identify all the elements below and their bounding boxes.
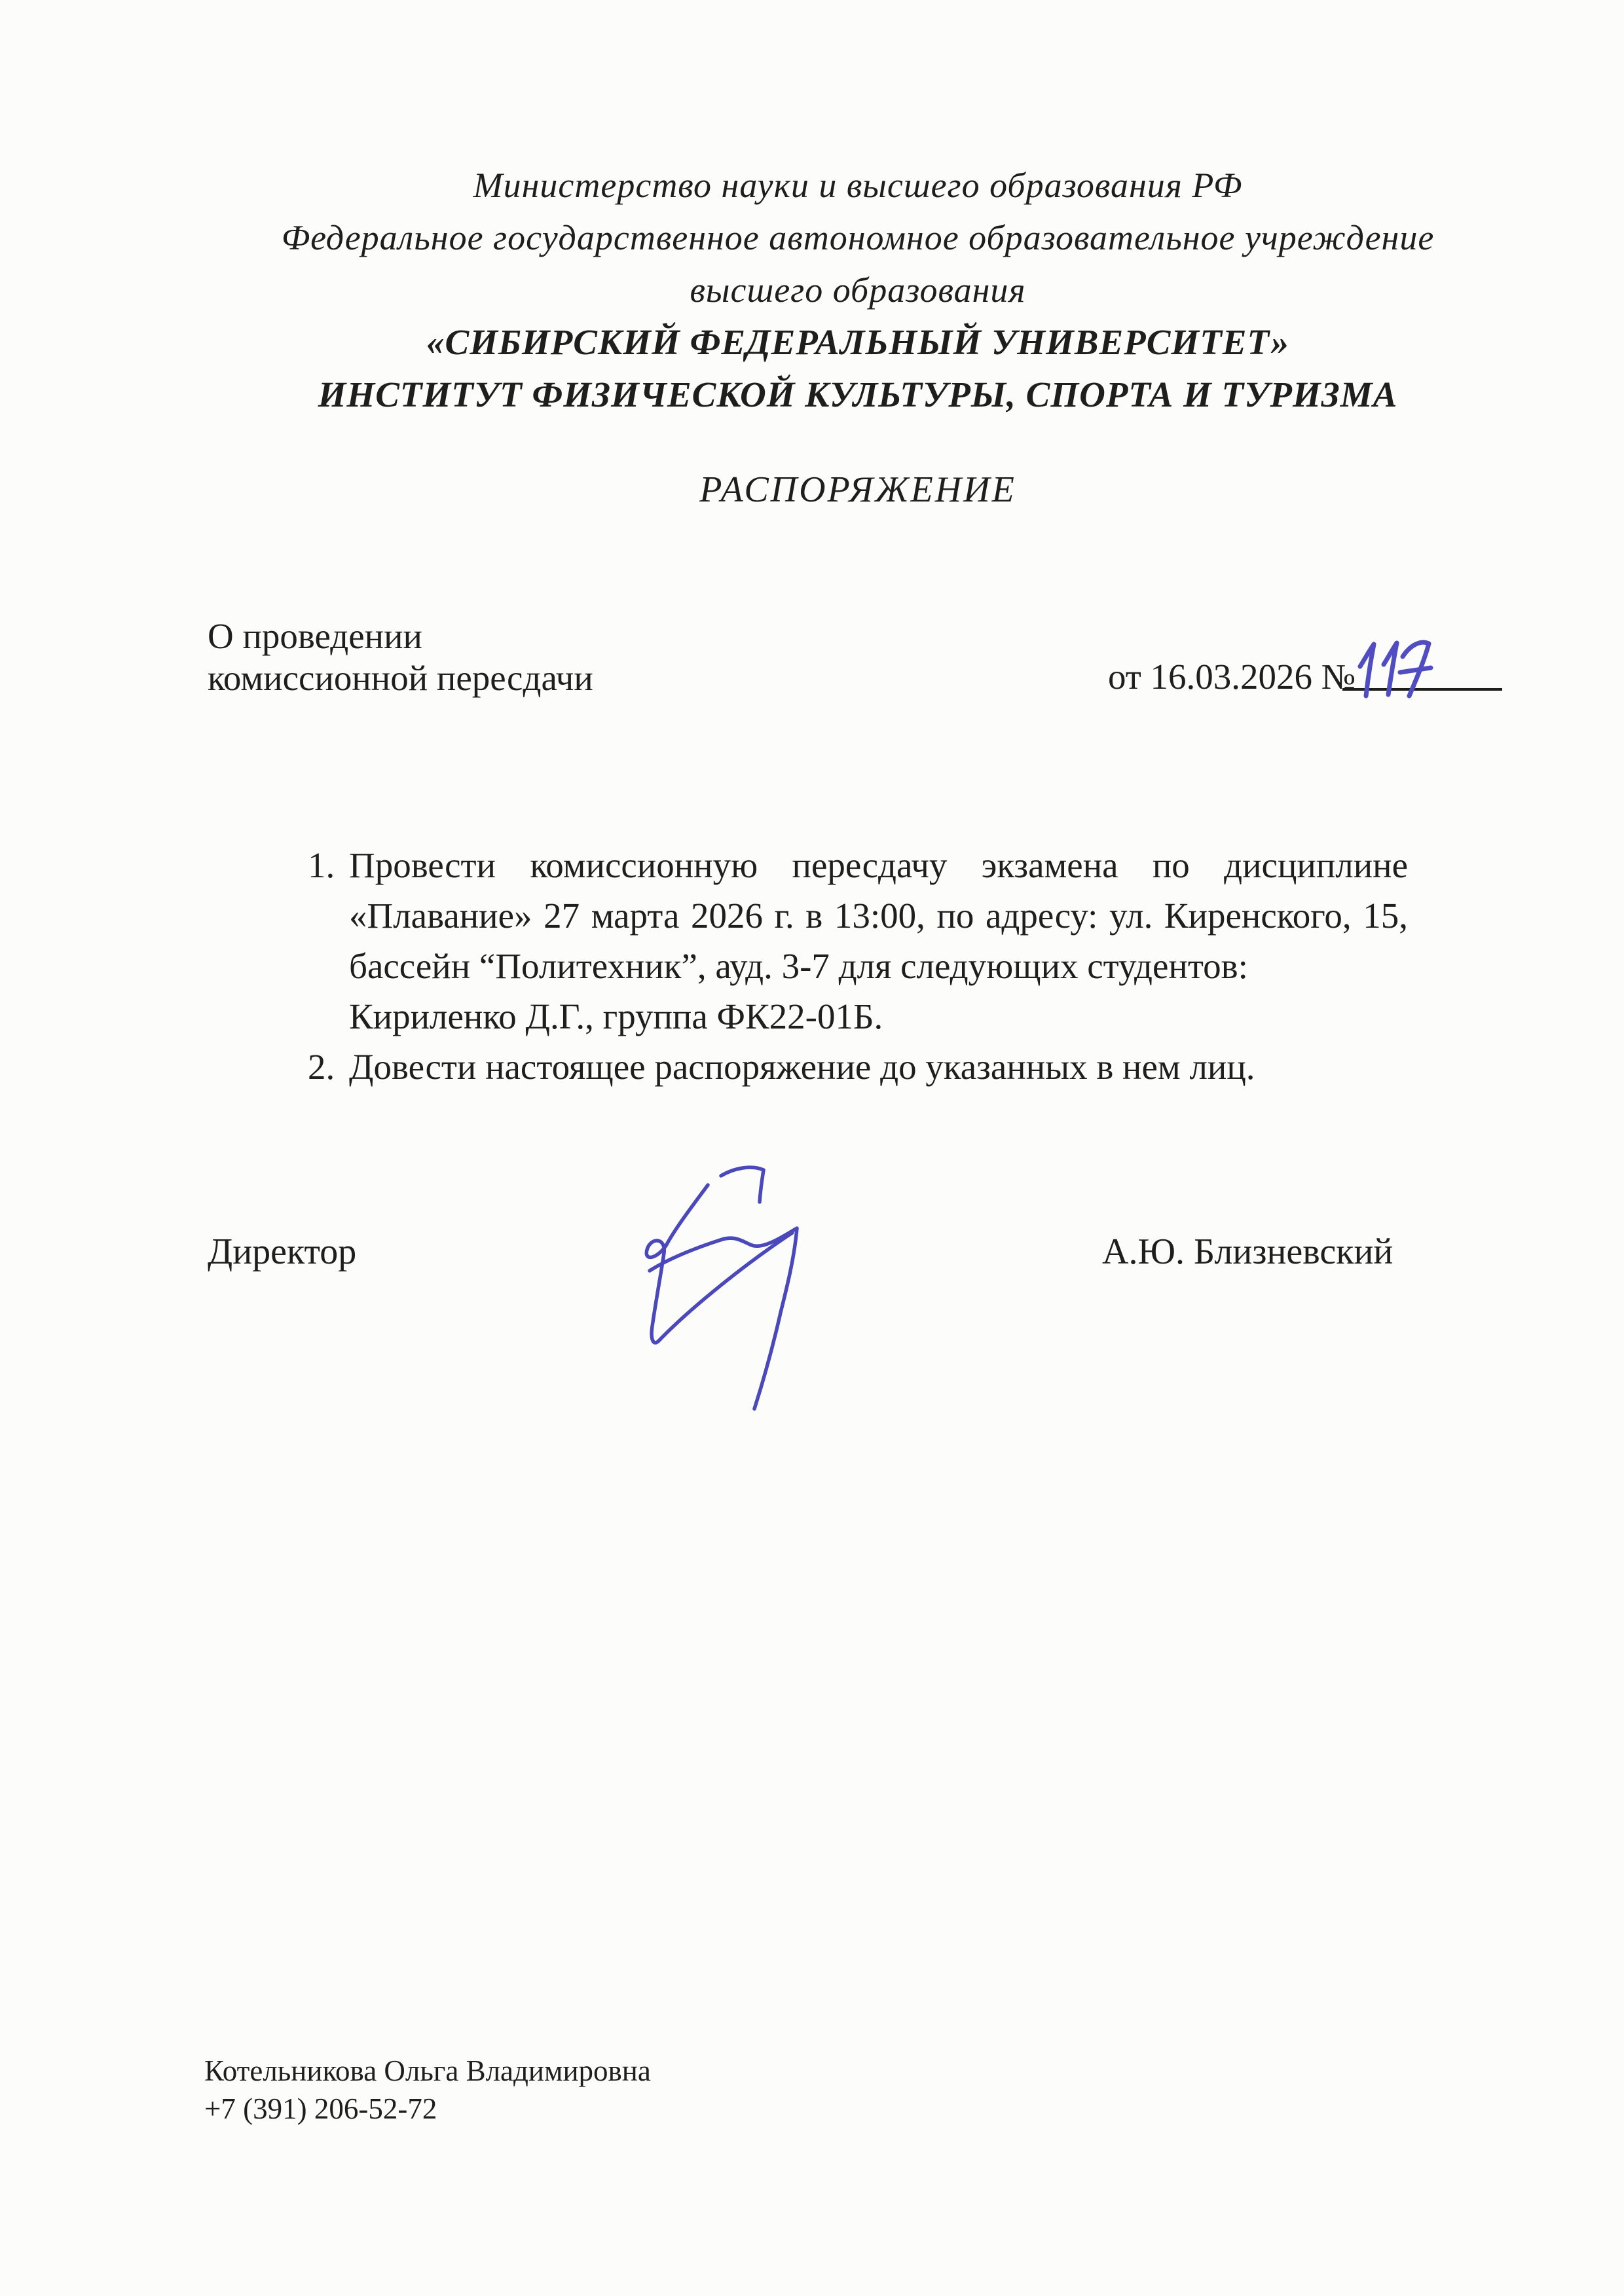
item-1-line-2: «Плавание» 27 марта 2026 г. в 13:00, по … bbox=[349, 890, 1408, 941]
signer-name: А.Ю. Близневский bbox=[1102, 1231, 1393, 1273]
executor-phone: +7 (391) 206-52-72 bbox=[204, 2090, 651, 2128]
item-2-content: Довести настоящее распоряжение до указан… bbox=[349, 1042, 1408, 1092]
handwritten-number-117 bbox=[1348, 636, 1446, 708]
list-item-2: 2. Довести настоящее распоряжение до ука… bbox=[308, 1042, 1408, 1092]
executor-footer: Котельникова Ольга Владимировна +7 (391)… bbox=[204, 2052, 651, 2128]
institution-line: Федеральное государственное автономное о… bbox=[98, 211, 1617, 264]
item-1-line-4: Кириленко Д.Г., группа ФК22-01Б. bbox=[349, 991, 1408, 1042]
item-2-line-1: Довести настоящее распоряжение до указан… bbox=[349, 1042, 1408, 1092]
signer-position: Директор bbox=[208, 1231, 356, 1273]
item-1-content: Провести комиссионную пересдачу экзамена… bbox=[349, 840, 1408, 1042]
subject-block: О проведении комиссионной пересдачи bbox=[208, 615, 593, 699]
date-number-line: от 16.03.2026 № bbox=[1108, 656, 1356, 697]
education-level-line: высшего образования bbox=[98, 264, 1617, 316]
executor-name: Котельникова Ольга Владимировна bbox=[204, 2052, 651, 2090]
ministry-line: Министерство науки и высшего образования… bbox=[98, 159, 1617, 211]
signature-ink bbox=[627, 1155, 824, 1417]
letterhead: Министерство науки и высшего образования… bbox=[98, 159, 1617, 421]
scanned-directive-page: Министерство науки и высшего образования… bbox=[0, 0, 1624, 2296]
item-1-line-1: Провести комиссионную пересдачу экзамена… bbox=[349, 840, 1408, 890]
institute-name-line: ИНСТИТУТ ФИЗИЧЕСКОЙ КУЛЬТУРЫ, СПОРТА И Т… bbox=[98, 369, 1617, 421]
list-item-1: 1. Провести комиссионную пересдачу экзам… bbox=[308, 840, 1408, 1042]
university-name-line: «СИБИРСКИЙ ФЕДЕРАЛЬНЫЙ УНИВЕРСИТЕТ» bbox=[98, 316, 1617, 369]
subject-line-1: О проведении bbox=[208, 615, 593, 657]
item-1-line-3: бассейн “Политехник”, ауд. 3-7 для следу… bbox=[349, 941, 1408, 991]
subject-line-2: комиссионной пересдачи bbox=[208, 657, 593, 699]
item-2-number: 2. bbox=[308, 1042, 349, 1092]
item-1-number: 1. bbox=[308, 840, 349, 1042]
document-title: РАСПОРЯЖЕНИЕ bbox=[98, 469, 1617, 511]
directive-body: 1. Провести комиссионную пересдачу экзам… bbox=[308, 840, 1408, 1092]
